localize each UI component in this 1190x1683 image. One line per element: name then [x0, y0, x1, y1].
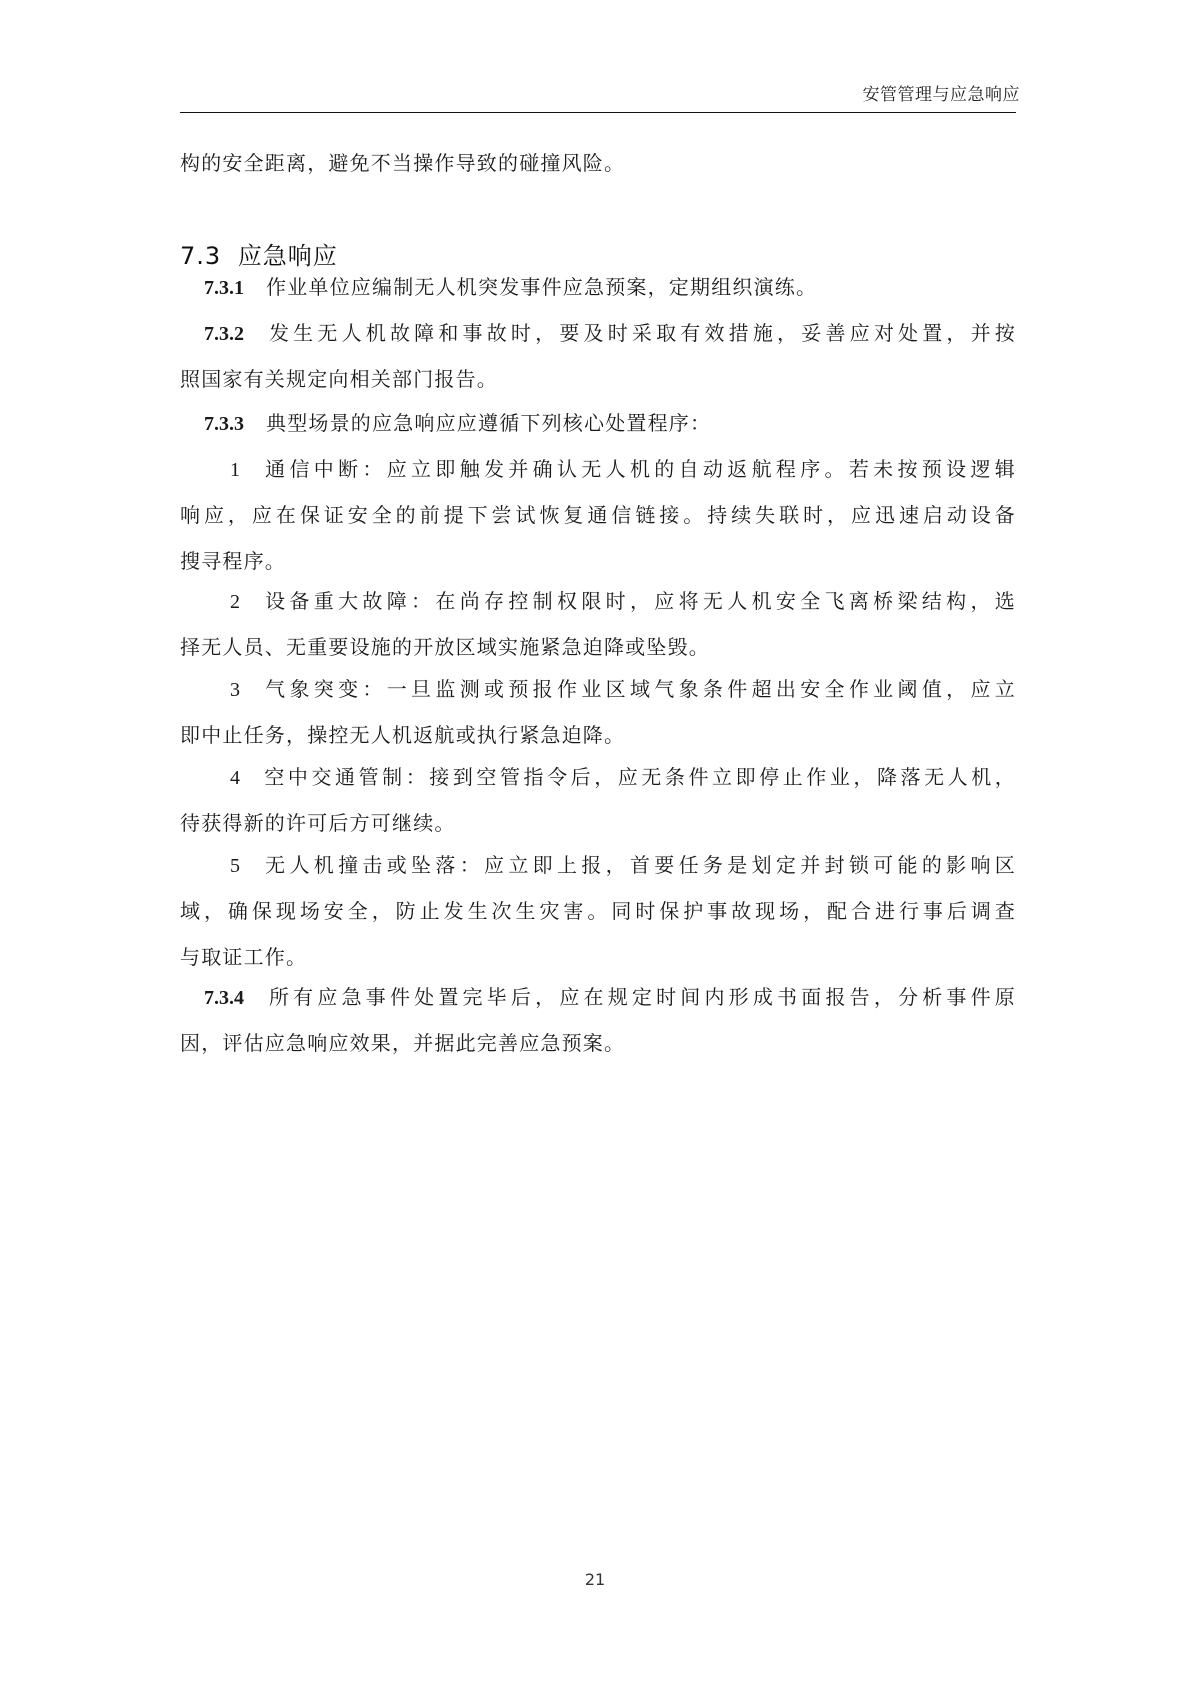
item-number: 4 — [230, 767, 240, 789]
item-text: 无人机撞击或坠落：应立即上报，首要任务是划定并封锁可能的影响区 — [262, 853, 1016, 877]
paragraph-line: 因，评估应急响应效果，并据此完善应急预案。 — [180, 1020, 1016, 1066]
clause-text: 作业单位应编制无人机突发事件应急预案，定期组织演练。 — [266, 275, 817, 299]
list-item-2: 2设备重大故障：在尚存控制权限时，应将无人机安全飞离桥梁结构，选 择无人员、无重… — [180, 578, 1016, 670]
paragraph-line: 7.3.4所有应急事件处置完毕后，应在规定时间内形成书面报告，分析事件原 — [180, 974, 1016, 1020]
list-item-1: 1通信中断：应立即触发并确认无人机的自动返航程序。若未按预设逻辑 响应，应在保证… — [180, 446, 1016, 584]
paragraph-line: 响应，应在保证安全的前提下尝试恢复通信链接。持续失联时，应迅速启动设备 — [180, 492, 1016, 538]
paragraph-line: 待获得新的许可后方可继续。 — [180, 800, 1016, 846]
paragraph-line: 照国家有关规定向相关部门报告。 — [180, 356, 1016, 402]
paragraph-line: 择无人员、无重要设施的开放区域实施紧急迫降或坠毁。 — [180, 624, 1016, 670]
item-number: 2 — [230, 591, 240, 613]
item-text: 设备重大故障：在尚存控制权限时，应将无人机安全飞离桥梁结构，选 — [262, 589, 1016, 613]
clause-text: 典型场景的应急响应应遵循下列核心处置程序： — [266, 411, 711, 435]
item-text: 气象突变：一旦监测或预报作业区域气象条件超出安全作业阈值，应立 — [262, 677, 1016, 701]
paragraph-line: 5无人机撞击或坠落：应立即上报，首要任务是划定并封锁可能的影响区 — [180, 842, 1016, 888]
page-number: 21 — [0, 1570, 1190, 1589]
clause-7-3-3: 7.3.3典型场景的应急响应应遵循下列核心处置程序： — [180, 400, 1016, 446]
paragraph-line: 即中止任务，操控无人机返航或执行紧急迫降。 — [180, 712, 1016, 758]
clause-7-3-4: 7.3.4所有应急事件处置完毕后，应在规定时间内形成书面报告，分析事件原 因，评… — [180, 974, 1016, 1066]
item-number: 5 — [230, 855, 240, 877]
paragraph-line: 7.3.2发生无人机故障和事故时，要及时采取有效措施，妥善应对处置，并按 — [180, 310, 1016, 356]
clause-text: 所有应急事件处置完毕后，应在规定时间内形成书面报告，分析事件原 — [266, 985, 1016, 1009]
paragraph-line: 3气象突变：一旦监测或预报作业区域气象条件超出安全作业阈值，应立 — [180, 666, 1016, 712]
list-item-5: 5无人机撞击或坠落：应立即上报，首要任务是划定并封锁可能的影响区 域，确保现场安… — [180, 842, 1016, 980]
carryover-paragraph: 构的安全距离，避免不当操作导致的碰撞风险。 — [180, 140, 1016, 186]
item-text: 通信中断：应立即触发并确认无人机的自动返航程序。若未按预设逻辑 — [262, 457, 1016, 481]
clause-number: 7.3.3 — [204, 413, 244, 435]
clause-number: 7.3.4 — [204, 987, 244, 1009]
clause-text: 发生无人机故障和事故时，要及时采取有效措施，妥善应对处置，并按 — [266, 321, 1016, 345]
clause-number: 7.3.1 — [204, 277, 244, 299]
item-number: 3 — [230, 679, 240, 701]
item-number: 1 — [230, 459, 240, 481]
clause-7-3-1: 7.3.1作业单位应编制无人机突发事件应急预案，定期组织演练。 — [180, 264, 1016, 310]
list-item-4: 4空中交通管制：接到空管指令后，应无条件立即停止作业，降落无人机， 待获得新的许… — [180, 754, 1016, 846]
clause-number: 7.3.2 — [204, 323, 244, 345]
clause-7-3-2: 7.3.2发生无人机故障和事故时，要及时采取有效措施，妥善应对处置，并按 照国家… — [180, 310, 1016, 402]
header-divider — [180, 112, 1016, 113]
paragraph-line: 2设备重大故障：在尚存控制权限时，应将无人机安全飞离桥梁结构，选 — [180, 578, 1016, 624]
paragraph-line: 7.3.3典型场景的应急响应应遵循下列核心处置程序： — [180, 400, 1016, 446]
paragraph-line: 7.3.1作业单位应编制无人机突发事件应急预案，定期组织演练。 — [180, 264, 1016, 310]
paragraph-line: 4空中交通管制：接到空管指令后，应无条件立即停止作业，降落无人机， — [180, 754, 1016, 800]
paragraph-line: 1通信中断：应立即触发并确认无人机的自动返航程序。若未按预设逻辑 — [180, 446, 1016, 492]
running-header-title: 安管管理与应急响应 — [863, 80, 1021, 105]
list-item-3: 3气象突变：一旦监测或预报作业区域气象条件超出安全作业阈值，应立 即中止任务，操… — [180, 666, 1016, 758]
paragraph-line: 域，确保现场安全，防止发生次生灾害。同时保护事故现场，配合进行事后调查 — [180, 888, 1016, 934]
item-text: 空中交通管制：接到空管指令后，应无条件立即停止作业，降落无人机， — [262, 765, 1016, 789]
paragraph-line: 构的安全距离，避免不当操作导致的碰撞风险。 — [180, 140, 1016, 186]
